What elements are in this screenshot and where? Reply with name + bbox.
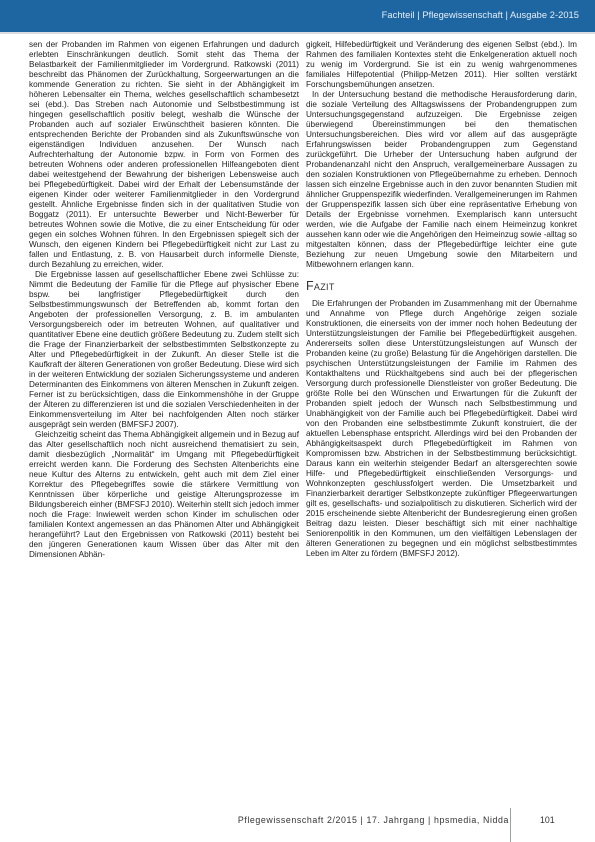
footer-divider [510,808,511,842]
paragraph: gigkeit, Hilfebedürftigkeit und Veränder… [306,40,577,90]
paragraph: Die Ergebnisse lassen auf gesellschaftli… [29,270,299,430]
left-column: sen der Probanden im Rahmen von eigenen … [29,40,299,560]
page-footer: Pflegewissenschaft 2/2015 | 17. Jahrgang… [0,812,595,842]
running-header: Fachteil | Pflegewissenschaft | Ausgabe … [0,0,595,34]
paragraph: Gleichzeitig scheint das Thema Abhängigk… [29,430,299,560]
running-title: Fachteil | Pflegewissenschaft | Ausgabe … [382,10,579,20]
paragraph: In der Untersuchung bestand die methodis… [306,90,577,270]
journal-info: Pflegewissenschaft 2/2015 | 17. Jahrgang… [238,815,509,825]
paragraph: sen der Probanden im Rahmen von eigenen … [29,40,299,270]
page-number: 101 [540,815,555,825]
section-heading-fazit: Fazit [306,279,577,293]
right-column: gigkeit, Hilfebedürftigkeit und Veränder… [306,40,577,559]
paragraph: Die Erfahrungen der Probanden im Zusamme… [306,299,577,559]
